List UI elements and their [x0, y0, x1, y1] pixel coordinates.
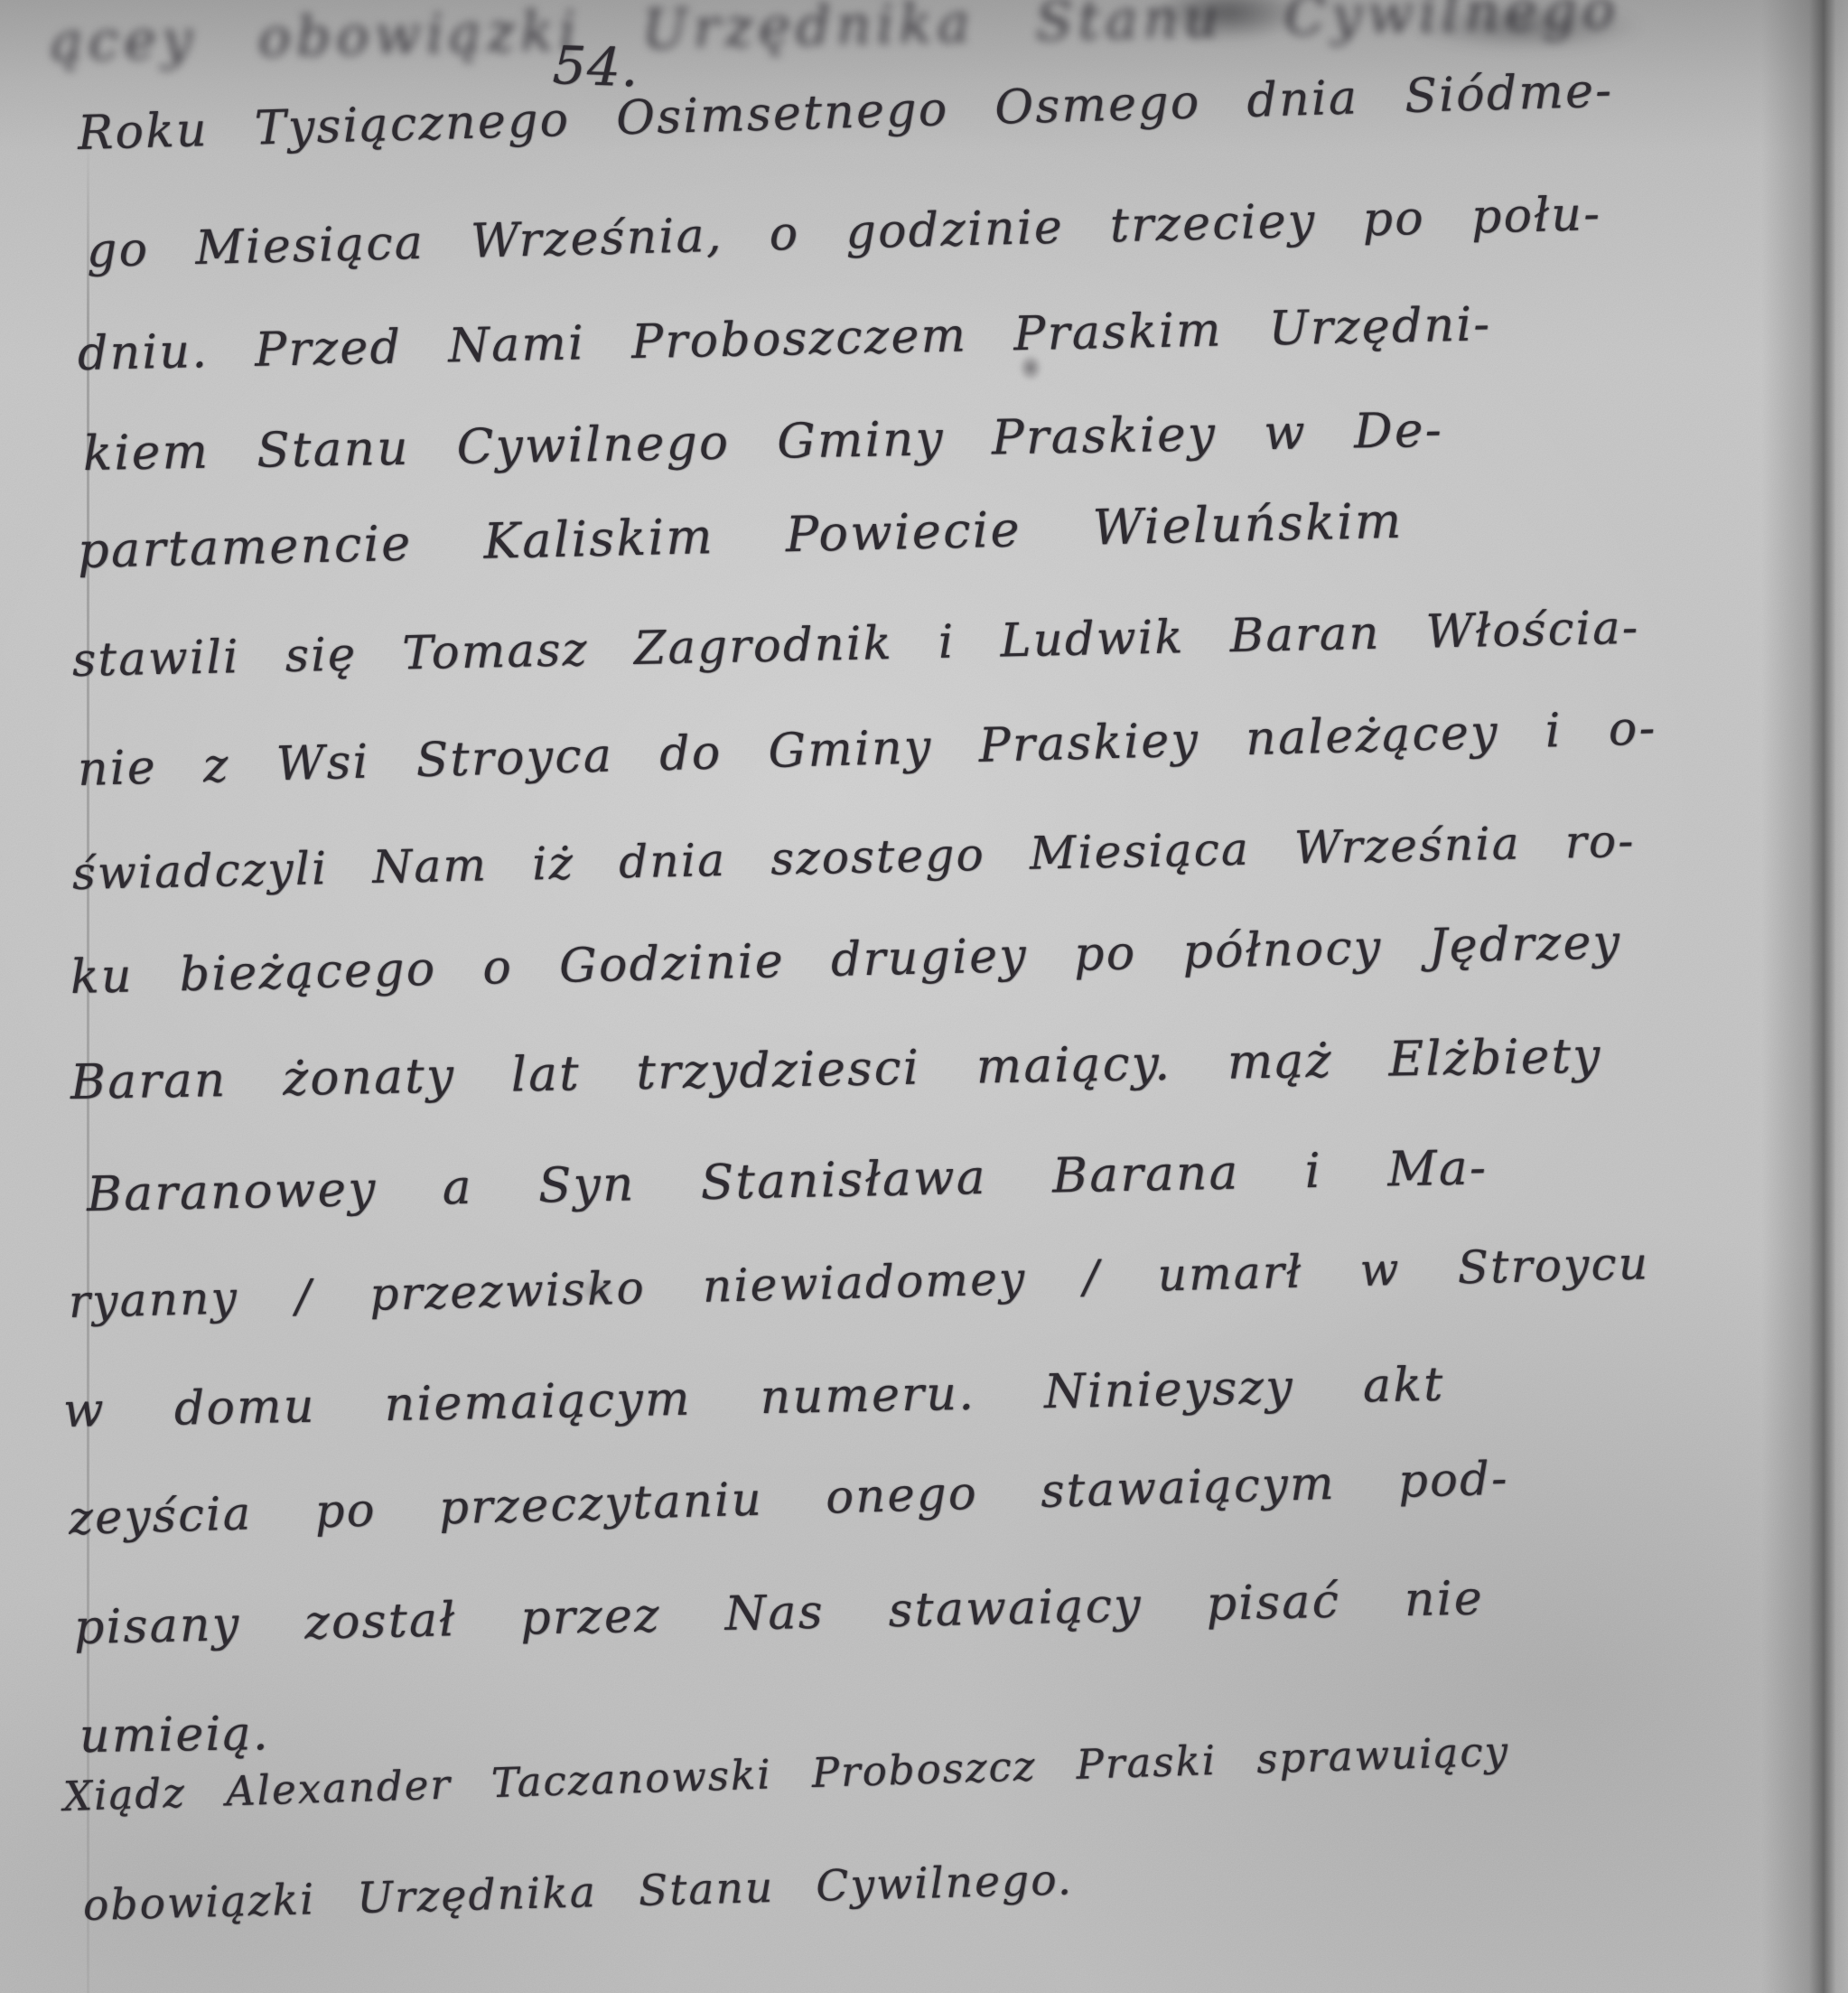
- page-edge-shadow: [1761, 0, 1848, 1993]
- manuscript-line: pisany został przez Nas stawaiący pisać …: [73, 1571, 1484, 1655]
- manuscript-line: nie z Wsi Stroyca do Gminy Praskiey nale…: [77, 701, 1657, 797]
- manuscript-line: ku bieżącego o Godzinie drugiey po półno…: [70, 915, 1622, 1005]
- manuscript-line: świadczyli Nam iż dnia szostego Miesiąca…: [71, 815, 1636, 900]
- manuscript-line: Baran żonaty lat trzydziesci maiący. mąż…: [70, 1028, 1602, 1110]
- manuscript-line: Baranowey a Syn Stanisława Barana i Ma-: [86, 1140, 1488, 1222]
- manuscript-line: ryanny / przezwisko niewiadomey / umarł …: [68, 1237, 1650, 1328]
- manuscript-line: kiem Stanu Cywilnego Gminy Praskiey w De…: [82, 403, 1443, 482]
- manuscript-line: zeyścia po przeczytaniu onego stawaiącym…: [68, 1452, 1509, 1546]
- manuscript-scan: ącey obowiązki Urzędnika Stanu Cywilnego…: [0, 0, 1848, 1993]
- manuscript-line: stawili się Tomasz Zagrodnik i Ludwik Ba…: [71, 602, 1640, 688]
- signature-line: Xiądz Alexander Taczanowski Proboszcz Pr…: [62, 1727, 1510, 1820]
- signature-line: obowiązki Urzędnika Stanu Cywilnego.: [82, 1855, 1073, 1931]
- manuscript-line: w domu niemaiącym numeru. Ninieyszy akt: [62, 1358, 1445, 1438]
- manuscript-line: umieią.: [79, 1707, 271, 1764]
- manuscript-line: go Miesiąca Września, o godzinie trzecie…: [86, 187, 1602, 278]
- record-number: 54.: [552, 34, 640, 98]
- manuscript-line: dniu. Przed Nami Proboszczem Praskim Urz…: [77, 297, 1491, 381]
- manuscript-line: partamencie Kaliskim Powiecie Wieluńskim: [77, 492, 1404, 579]
